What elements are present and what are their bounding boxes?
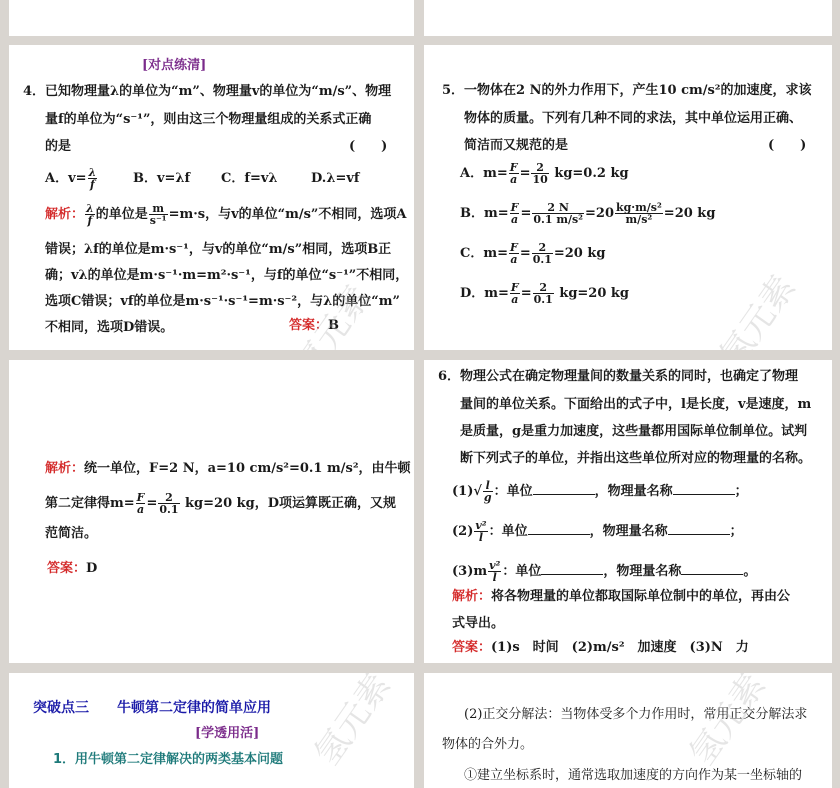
watermark: 氢元素 (706, 264, 805, 350)
analysis-label: 解析： (45, 461, 84, 476)
question-text-line: 量间的单位关系。下面给出的式子中，l是长度，v是速度，m (460, 397, 811, 413)
option-b[interactable]: B．m=Fa=2 N0.1 m/s²=20kg·m/s²m/s²=20 kg (460, 202, 715, 225)
question-text-line: 简洁而又规范的是 (464, 138, 568, 154)
slide-question-5: 5． 一物体在2 N的外力作用下，产生10 cm/s²的加速度，求该 物体的质量… (424, 45, 832, 350)
option-d[interactable]: D．m=Fa=20.1 kg=20 kg (460, 282, 629, 305)
slide-orthogonal-method: (2)正交分解法：当物体受多个力作用时，常用正交分解法求 物体的合外力。 ①建立… (424, 673, 832, 788)
section-label: [对点练清] (142, 58, 206, 74)
question-text-line: 已知物理量λ的单位为“m”、物理量v的单位为“m/s”、物理 (45, 84, 391, 100)
sub-question-3: (3)mv²l：单位，物理量名称。 (452, 560, 756, 583)
option-c[interactable]: C．f=vλ (221, 171, 278, 187)
answer: 答案：(1)s 时间 (2)m/s² 加速度 (3)N 力 (452, 640, 749, 656)
analysis-line: 解析：统一单位，F=2 N，a=10 cm/s²=0.1 m/s²，由牛顿 (45, 461, 411, 477)
answer-paren: ( ) (768, 138, 806, 154)
analysis-line: 不相同，选项D错误。 (45, 320, 173, 336)
body-text-line: (2)正交分解法：当物体受多个力作用时，常用正交分解法求 (464, 707, 807, 723)
body-text-line: 物体的合外力。 (442, 737, 533, 753)
analysis-line: 选项C错误；vf的单位是m·s⁻¹·s⁻¹=m·s⁻²，与λ的单位“m” (45, 294, 400, 310)
watermark: 氢元素 (301, 673, 400, 773)
analysis-line: 式导出。 (452, 616, 504, 632)
section-label: [学透用活] (195, 726, 259, 742)
slide-section-3: 突破点三 牛顿第二定律的简单应用 [学透用活] 1．用牛顿第二定律解决的两类基本… (9, 673, 414, 788)
answer: 答案：D (47, 561, 97, 577)
question-text-line: 一物体在2 N的外力作用下，产生10 cm/s²的加速度，求该 (464, 83, 812, 99)
name-blank[interactable] (673, 482, 735, 495)
name-blank[interactable] (668, 522, 730, 535)
option-d[interactable]: D.λ=vf (311, 171, 360, 187)
answer-paren: ( ) (349, 139, 387, 155)
slide-question-5-analysis: 解析：统一单位，F=2 N，a=10 cm/s²=0.1 m/s²，由牛顿 第二… (9, 360, 414, 663)
question-text-line: 量f的单位为“s⁻¹”，则由这三个物理量组成的关系式正确 (45, 112, 371, 128)
slide-question-4: [对点练清] 4． 已知物理量λ的单位为“m”、物理量v的单位为“m/s”、物理… (9, 45, 414, 350)
analysis-line: 错误；λf的单位是m·s⁻¹，与v的单位“m/s”相同，选项B正 (45, 242, 391, 258)
analysis-line: 第二定律得m=Fa=20.1 kg=20 kg，D项运算既正确，又规 (45, 492, 396, 515)
analysis-line: 解析：将各物理量的单位都取国际单位制中的单位，再由公 (452, 589, 790, 605)
name-blank[interactable] (681, 562, 743, 575)
analysis-label: 解析： (45, 207, 84, 222)
slide-question-6: 6． 物理公式在确定物理量间的数量关系的同时，也确定了物理 量间的单位关系。下面… (424, 360, 832, 663)
watermark: 氢元素 (676, 673, 775, 773)
question-text-line: 断下列式子的单位，并指出这些单位所对应的物理量的名称。 (460, 451, 811, 467)
analysis-line: 解析：λf的单位是ms⁻¹=m·s，与v的单位“m/s”不相同，选项A (45, 203, 407, 226)
analysis-line: 确；vλ的单位是m·s⁻¹·m=m²·s⁻¹，与f的单位“s⁻¹”不相同， (45, 268, 408, 284)
body-text-line: ①建立坐标系时，通常选取加速度的方向作为某一坐标轴的 (464, 768, 802, 784)
question-number: 5． (442, 83, 464, 99)
question-text-line: 物理公式在确定物理量间的数量关系的同时，也确定了物理 (460, 369, 798, 385)
analysis-label: 解析： (452, 589, 491, 604)
slide-top-left (9, 0, 414, 36)
option-b[interactable]: B．v=λf (133, 171, 190, 187)
watermark: 氢元素 (281, 274, 380, 350)
sub-question-1: (1)√lg：单位，物理量名称； (452, 480, 748, 503)
sub-question-2: (2)v²l：单位，物理量名称； (452, 520, 743, 543)
question-text-line: 是质量，g是重力加速度，这些量都用国际单位制单位。试判 (460, 424, 807, 440)
answer: 答案：B (289, 318, 339, 334)
unit-blank[interactable] (533, 482, 595, 495)
analysis-line: 范简洁。 (45, 526, 97, 542)
option-c[interactable]: C．m=Fa=20.1=20 kg (460, 242, 605, 265)
section-title: 突破点三 牛顿第二定律的简单应用 (33, 700, 271, 716)
subsection-heading: 1．用牛顿第二定律解决的两类基本问题 (53, 752, 283, 768)
option-a[interactable]: A．m=Fa=210 kg=0.2 kg (460, 162, 629, 185)
question-number: 4． (23, 84, 45, 100)
fraction: λf (88, 167, 98, 190)
question-text-line: 的是 (45, 139, 71, 155)
slide-top-right (424, 0, 832, 36)
unit-blank[interactable] (528, 522, 590, 535)
option-a[interactable]: A．v=λf (45, 167, 98, 190)
unit-blank[interactable] (541, 562, 603, 575)
question-number: 6． (438, 369, 460, 385)
question-text-line: 物体的质量。下列有几种不同的求法，其中单位运用正确、 (464, 111, 802, 127)
